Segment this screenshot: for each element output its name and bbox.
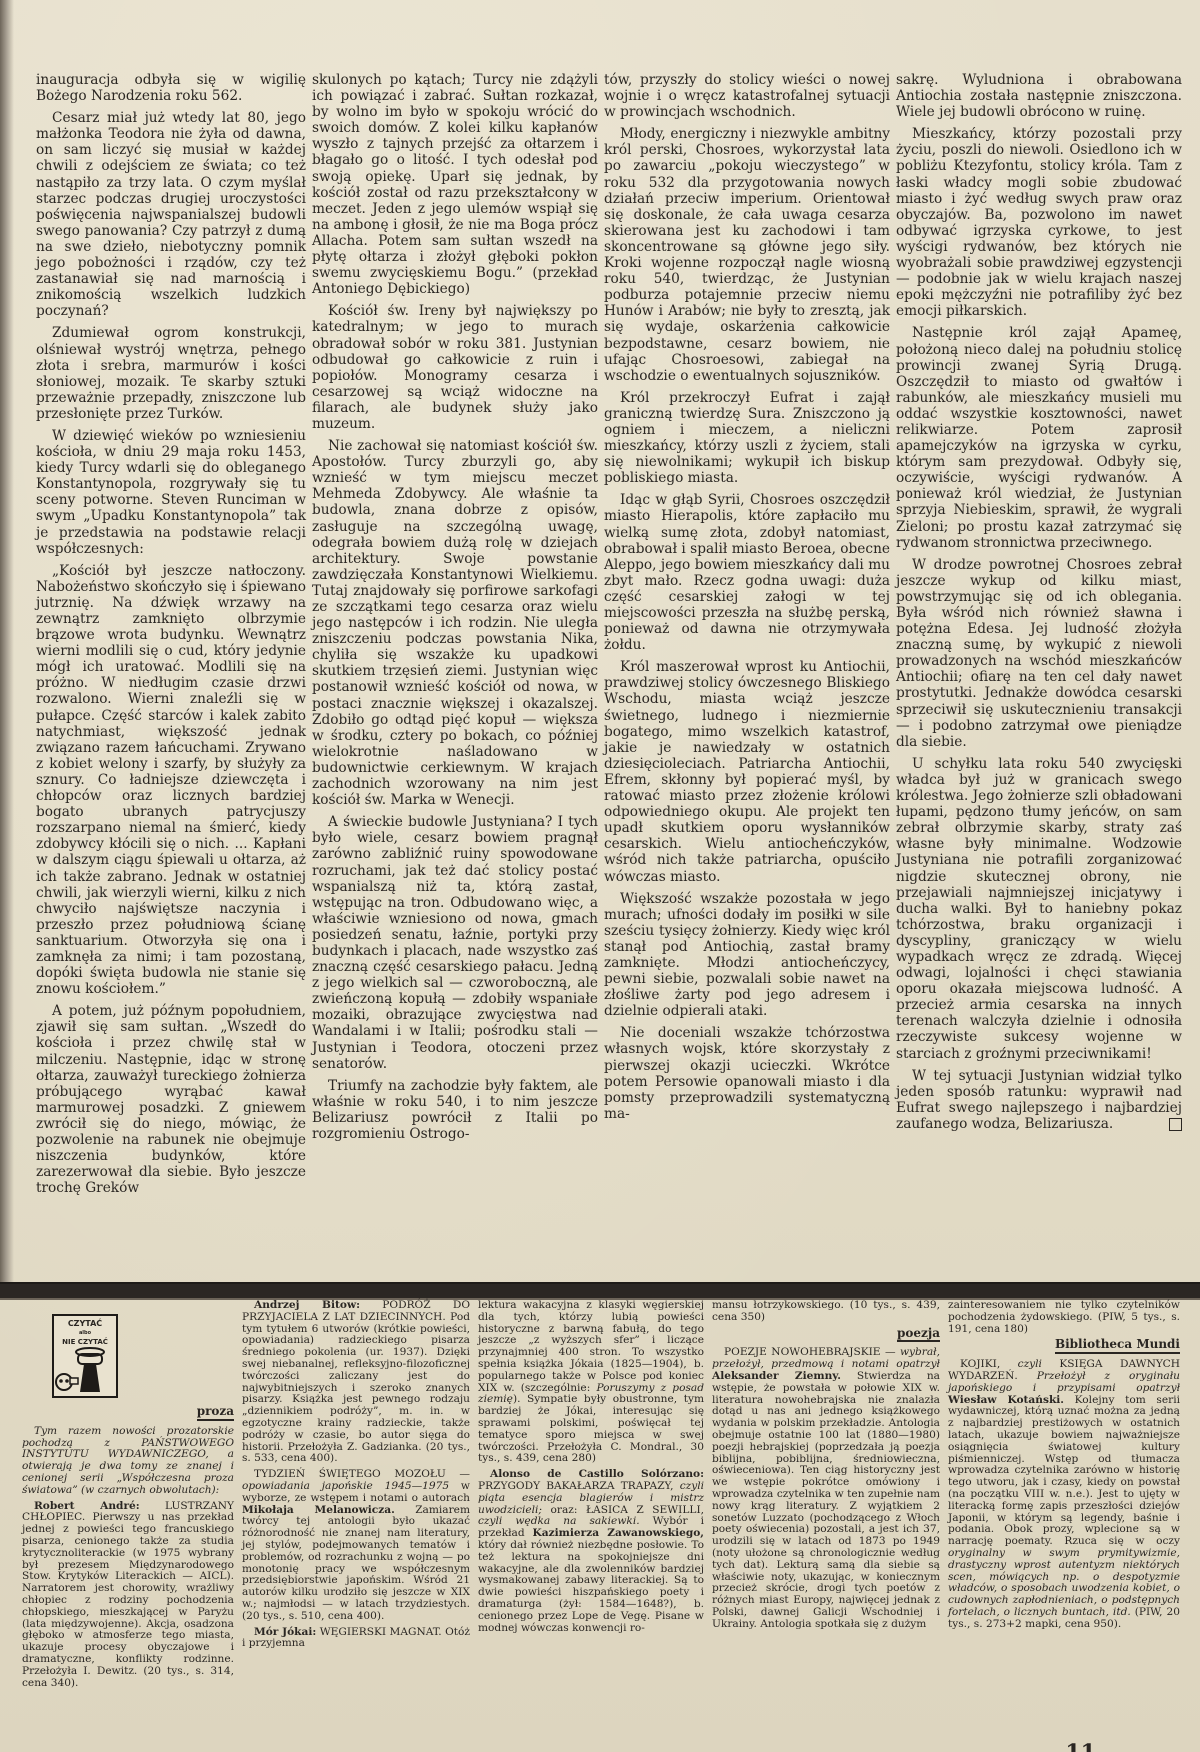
review-title: PRZYGODY BAKAŁARZA TRAPAZY, <box>478 1480 674 1492</box>
review-body: Pierwszy u nas przekład jednej z powieśc… <box>22 1511 234 1688</box>
paragraph: A potem, już późnym popołudniem, zjawił … <box>36 1003 306 1196</box>
logo-line-1: CZYTAĆ <box>54 1319 116 1328</box>
review-title: KOJIKI, <box>960 1358 1000 1370</box>
paragraph: Idąc w głąb Syrii, Chosroes oszczędził m… <box>604 492 890 653</box>
review-entry-continued: zainteresowaniem nie tylko czytelników p… <box>948 1300 1180 1335</box>
paragraph: sakrę. Wyludniona i obrabowana Antiochia… <box>896 72 1182 120</box>
review-entry: Mór Jókai: WĘGIERSKI MAGNAT. Otóż i przy… <box>242 1627 470 1651</box>
paragraph-text: W tej sytuacji Justynian widział tylko j… <box>896 1068 1182 1132</box>
review-entry-continued: lektura wakacyjna z klasyki węgierskiej … <box>478 1300 704 1465</box>
review-editor: Aleksander Ziemny. <box>712 1370 841 1382</box>
czytac-albo-nie-czytac-logo: CZYTAĆ albo NIE CZYTAĆ <box>52 1314 118 1398</box>
paragraph: A świeckie budowle Justyniana? I tych by… <box>312 814 598 1072</box>
paragraph: Nie zachował się natomiast kościół św. A… <box>312 438 598 808</box>
review-title: TYDZIEŃ ŚWIĘTEGO MOZOŁU <box>254 1468 446 1480</box>
review-body: Stwierdza na wstępie, że powstała w poło… <box>712 1370 940 1630</box>
paragraph: Zdumiewał ogrom konstrukcji, olśniewał w… <box>36 325 306 422</box>
book-reviews-section: CZYTAĆ albo NIE CZYTAĆ proza Tym razem n… <box>22 1300 1182 1750</box>
review-editor: Mikołaja Melanowicza. <box>242 1504 395 1516</box>
review-body: Kolejny tom serii wydawniczej, którą uzn… <box>948 1394 1180 1548</box>
page-edge-shadow <box>0 0 14 1290</box>
paragraph: tów, przyszły do stolicy wieści o nowej … <box>604 72 890 120</box>
review-title: ŁASICA Z SEWILLI, <box>586 1504 704 1516</box>
article-column-1: inauguracja odbyła się w wigilię Bożego … <box>20 72 306 1272</box>
review-translator: Kazimierza Zawanowskiego, <box>533 1527 704 1539</box>
article-column-2: skulonych po kątach; Turcy nie zdążyli i… <box>312 72 598 1272</box>
newspaper-page: inauguracja odbyła się w wigilię Bożego … <box>0 0 1200 1752</box>
review-body: który dał również niezbędne posłowie. To… <box>478 1539 704 1634</box>
paragraph: W drodze powrotnej Chosroes zebrał jeszc… <box>896 557 1182 750</box>
review-body: Zamiarem twórcy tej antologii było ukaza… <box>242 1504 470 1622</box>
quote-paragraph: „Kościół był jeszcze natłoczony. Nabożeń… <box>36 563 306 998</box>
review-title: POEZJE NOWOHEBRAJSKIE <box>724 1346 881 1358</box>
article-column-4: sakrę. Wyludniona i obrabowana Antiochia… <box>896 72 1182 1272</box>
section-heading-proza: proza <box>197 1406 234 1421</box>
review-author: Robert André: <box>34 1500 140 1512</box>
review-text: oraz: <box>551 1504 578 1516</box>
paragraph: W tej sytuacji Justynian widział tylko j… <box>896 1068 1182 1132</box>
page-number: 11 <box>1065 1742 1096 1752</box>
section-heading-poezja: poezja <box>897 1328 940 1343</box>
logo-line-3: NIE CZYTAĆ <box>54 1338 116 1346</box>
paragraph: Król przekroczył Eufrat i zajął graniczn… <box>604 390 890 487</box>
paragraph: inauguracja odbyła się w wigilię Bożego … <box>36 72 306 104</box>
paragraph: skulonych po kątach; Turcy nie zdążyli i… <box>312 72 598 297</box>
review-column-3: lektura wakacyjna z klasyki węgierskiej … <box>478 1300 704 1750</box>
review-column-4: mansu łotrzykowskiego. (10 tys., s. 439,… <box>712 1300 940 1750</box>
paragraph: Większość wszakże pozostała w jego murac… <box>604 891 890 1020</box>
section-divider-rule <box>0 1282 1200 1298</box>
logo-line-2: albo <box>54 1330 116 1336</box>
review-entry: POEZJE NOWOHEBRAJSKIE — wybrał, przełoży… <box>712 1347 940 1630</box>
review-author: Andrzej Bitow: <box>254 1299 360 1311</box>
review-entry: Robert André: LUSTRZANY CHŁOPIEC. Pierws… <box>22 1501 234 1690</box>
paragraph: Triumfy na zachodzie były faktem, ale wł… <box>312 1078 598 1142</box>
review-entry: TYDZIEŃ ŚWIĘTEGO MOZOŁU — opowiadania ja… <box>242 1469 470 1622</box>
review-column-5: zainteresowaniem nie tylko czytelników p… <box>948 1300 1180 1750</box>
end-of-article-square-icon <box>1169 1118 1182 1131</box>
review-entry: KOJIKI, czyli KSIĘGA DAWNYCH WYDARZEŃ. P… <box>948 1359 1180 1630</box>
review-body: lektura wakacyjna z klasyki węgierskiej … <box>478 1299 704 1394</box>
paragraph: Nie doceniali wszakże tchórzostwa własny… <box>604 1025 890 1122</box>
review-body: Pod tym tytułem 6 utworów (krótkie powie… <box>242 1311 470 1465</box>
review-title: WĘGIERSKI MAGNAT. <box>320 1626 442 1638</box>
paragraph: Następnie król zajął Apameę, położoną ni… <box>896 325 1182 550</box>
review-author: Alonso de Castillo Solórzano: <box>490 1468 704 1480</box>
skull-and-bust-icon <box>54 1346 116 1394</box>
paragraph: Cesarz miał już wtedy lat 80, jego małżo… <box>36 110 306 319</box>
review-text: czyli <box>1018 1358 1042 1370</box>
paragraph: Król maszerował wprost ku Antiochii, pra… <box>604 659 890 884</box>
review-subtitle: czyli wędka na sakiewki. <box>478 1515 640 1527</box>
review-translator: Wiesław Kotański. <box>948 1394 1064 1406</box>
review-entry: Alonso de Castillo Solórzano: PRZYGODY B… <box>478 1469 704 1634</box>
paragraph: Mieszkańcy, którzy pozostali przy życiu,… <box>896 126 1182 319</box>
review-column-2: Andrzej Bitow: PODRÓŻ DO PRZYJACIELA Z L… <box>242 1300 470 1750</box>
paragraph: W dziewięć wieków po wzniesieniu kościoł… <box>36 428 306 557</box>
proza-intro: Tym razem nowości prozatorskie pochodzą … <box>22 1426 234 1497</box>
paragraph: Młody, energiczny i niezwykle ambitny kr… <box>604 126 890 384</box>
review-entry-continued: mansu łotrzykowskiego. (10 tys., s. 439,… <box>712 1300 940 1324</box>
review-author: Mór Jókai: <box>254 1626 316 1638</box>
article-column-3: tów, przyszły do stolicy wieści o nowej … <box>604 72 890 1272</box>
paragraph: Kościół św. Ireny był największy po kate… <box>312 303 598 432</box>
review-entry: Andrzej Bitow: PODRÓŻ DO PRZYJACIELA Z L… <box>242 1300 470 1465</box>
section-heading-bibliotheca-mundi: Bibliotheca Mundi <box>1055 1339 1180 1354</box>
review-column-1: CZYTAĆ albo NIE CZYTAĆ proza Tym razem n… <box>22 1300 234 1750</box>
main-article: inauguracja odbyła się w wigilię Bożego … <box>20 72 1178 1272</box>
paragraph: U schyłku lata roku 540 zwycięski władca… <box>896 756 1182 1062</box>
